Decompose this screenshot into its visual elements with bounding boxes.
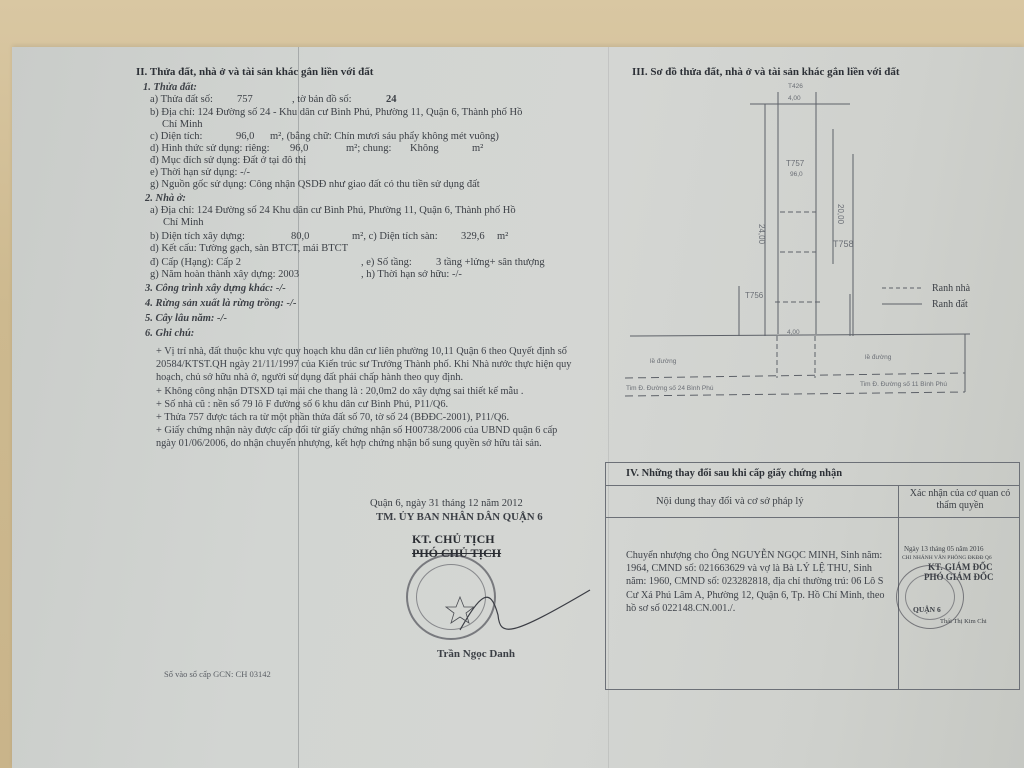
- item-forest: 4. Rừng sản xuất là rừng trồng: -/-: [145, 297, 296, 310]
- note-item: + Không công nhận DTSXD tại mái che than…: [156, 385, 576, 398]
- land-a-label: a) Thửa đất số:: [150, 93, 213, 106]
- item-notes-heading: 6. Ghi chú:: [145, 327, 194, 340]
- note-item: + Vị trí nhà, đất thuộc khu vực quy hoạc…: [156, 345, 576, 385]
- col-header-content: Nội dung thay đổi và cơ sở pháp lý: [656, 495, 804, 508]
- house-structure: d) Kết cấu: Tường gạch, sàn BTCT, mái BT…: [150, 242, 348, 255]
- diagram-road-left: lề đường: [650, 356, 677, 365]
- changes-table-header-row: Nội dung thay đổi và cơ sở pháp lý Xác n…: [606, 485, 1019, 518]
- note-item: + Thửa 757 được tách ra từ một phần thửa…: [156, 411, 576, 424]
- diagram-length-right: 20,00: [836, 204, 845, 225]
- section-2-title: II. Thửa đất, nhà ở và tài sản khác gắn …: [136, 66, 373, 78]
- land-parcel-number: 757: [237, 93, 253, 106]
- house-year: g) Năm hoàn thành xây dựng: 2003: [150, 268, 299, 281]
- legend-house-boundary: Ranh nhà: [932, 282, 970, 295]
- house-ownership-term: , h) Thời hạn sở hữu: -/-: [361, 268, 462, 281]
- col-header-confirmation: Xác nhận của cơ quan có thẩm quyền: [904, 488, 1016, 512]
- house-floor-area-label: m², c) Diện tích sàn:: [352, 230, 438, 243]
- diagram-length-left: 24,00: [757, 224, 766, 245]
- land-usage-unit: m²; chung:: [346, 142, 391, 155]
- diagram-parcel-area: 96,0: [790, 171, 803, 178]
- legend-land-boundary: Ranh đất: [932, 298, 968, 311]
- signature-scribble-icon: [420, 575, 600, 645]
- changes-table: IV. Những thay đổi sau khi cấp giấy chứn…: [605, 462, 1020, 690]
- diagram-width-bottom: 4,00: [787, 329, 800, 336]
- note-item: + Số nhà cũ : nền số 79 lô F đường số 6 …: [156, 398, 576, 411]
- diagram-top-neighbor: T426: [788, 83, 803, 90]
- signature-org: TM. ỦY BAN NHÂN DÂN QUẬN 6: [376, 511, 543, 524]
- house-floor-area-unit: m²: [497, 230, 508, 243]
- signature-date: Quận 6, ngày 31 tháng 12 năm 2012: [370, 497, 523, 510]
- land-usage-shared-unit: m²: [472, 142, 483, 155]
- diagram-street-left: Tim Đ. Đường số 24 Bình Phú: [626, 383, 714, 392]
- land-address: b) Địa chỉ: 124 Đường số 24 - Khu dân cư…: [150, 106, 522, 119]
- land-usage-shared: Không: [410, 142, 439, 155]
- land-map-number: 24: [386, 93, 397, 106]
- diagram-street-right: Tim Đ. Đường số 11 Bình Phú: [860, 379, 947, 388]
- item-perennial: 5. Cây lâu năm: -/-: [145, 312, 227, 325]
- notes-list: + Vị trí nhà, đất thuộc khu vực quy hoạc…: [156, 345, 576, 451]
- confirm-seal-text: QUẬN 6: [913, 603, 941, 616]
- changes-table-title-row: IV. Những thay đổi sau khi cấp giấy chứn…: [606, 463, 1019, 486]
- item-other-works: 3. Công trình xây dựng khác: -/-: [145, 282, 286, 295]
- diagram-road-right: lề đường: [865, 352, 892, 361]
- house-floor-area-value: 329,6: [461, 230, 485, 243]
- diagram-right-neighbor: T758: [833, 239, 854, 249]
- land-origin: g) Nguồn gốc sử dụng: Công nhận QSDĐ như…: [150, 178, 480, 191]
- parcel-diagram: T426 4,00 T757 96,0 4,00 T758 T756 lề đư…: [620, 74, 1020, 404]
- land-map-label: , tờ bản đồ số:: [292, 93, 352, 106]
- diagram-width-top: 4,00: [788, 95, 801, 102]
- house-address-cont: Chí Minh: [163, 216, 204, 229]
- diagram-left-neighbor: T756: [745, 291, 764, 300]
- registry-number: Số vào sổ cấp GCN: CH 03142: [164, 668, 271, 681]
- signer-name: Trần Ngọc Danh: [437, 648, 515, 661]
- section-4-title: IV. Những thay đổi sau khi cấp giấy chứn…: [626, 468, 842, 479]
- note-item: + Giấy chứng nhận này được cấp đổi từ gi…: [156, 424, 576, 450]
- signature-role-1: KT. CHỦ TỊCH: [412, 532, 495, 547]
- change-entry-text: Chuyển nhượng cho Ông NGUYỄN NGỌC MINH, …: [626, 549, 894, 615]
- house-address: a) Địa chỉ: 124 Đường số 24 Khu dân cư B…: [150, 204, 516, 217]
- confirm-signer: Thái Thị Kim Chi: [940, 615, 987, 628]
- diagram-parcel-no: T757: [786, 159, 805, 168]
